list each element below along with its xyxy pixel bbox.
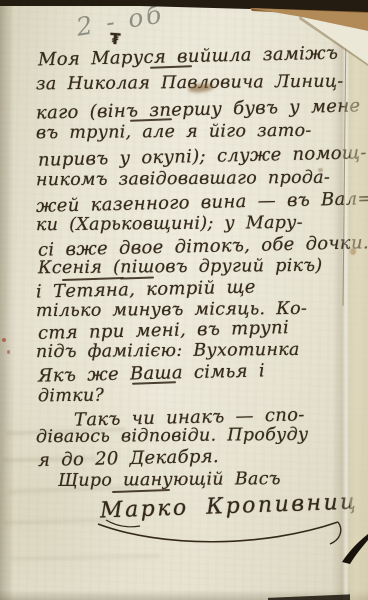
handwritten-line: дітки? (38, 386, 104, 407)
handwritten-line: Щиро шанующій Васъ (58, 469, 281, 491)
handwritten-line: я до 20 Декабря. (38, 446, 219, 471)
handwritten-line: въ трупі, але я йіго зато- (36, 121, 312, 143)
paper-speck (7, 350, 10, 354)
handwritten-line: підъ фамілією: Вухотинка (36, 340, 300, 362)
handwritten-line: никомъ завідовавшаго прода- (36, 168, 330, 191)
handwritten-line: ки (Харьковщині); у Мару- (36, 213, 303, 235)
manuscript-photo: 2 - об ₮ Моя Маруся вийшла заміжъ за Ник… (0, 0, 368, 600)
handwritten-line: діваюсь відповіди. Пробуду (36, 425, 309, 447)
crossed-ink-mark: ₮ (109, 30, 121, 49)
handwritten-line: Ксенія (пішовъ другий рікъ) (38, 256, 323, 278)
left-edge-shadow (0, 0, 14, 600)
signature-flourish (92, 514, 354, 554)
paper-speck (2, 338, 6, 342)
paper-speck (318, 168, 323, 172)
background-dark-corner (340, 534, 368, 564)
adjacent-page-edge (350, 30, 368, 600)
